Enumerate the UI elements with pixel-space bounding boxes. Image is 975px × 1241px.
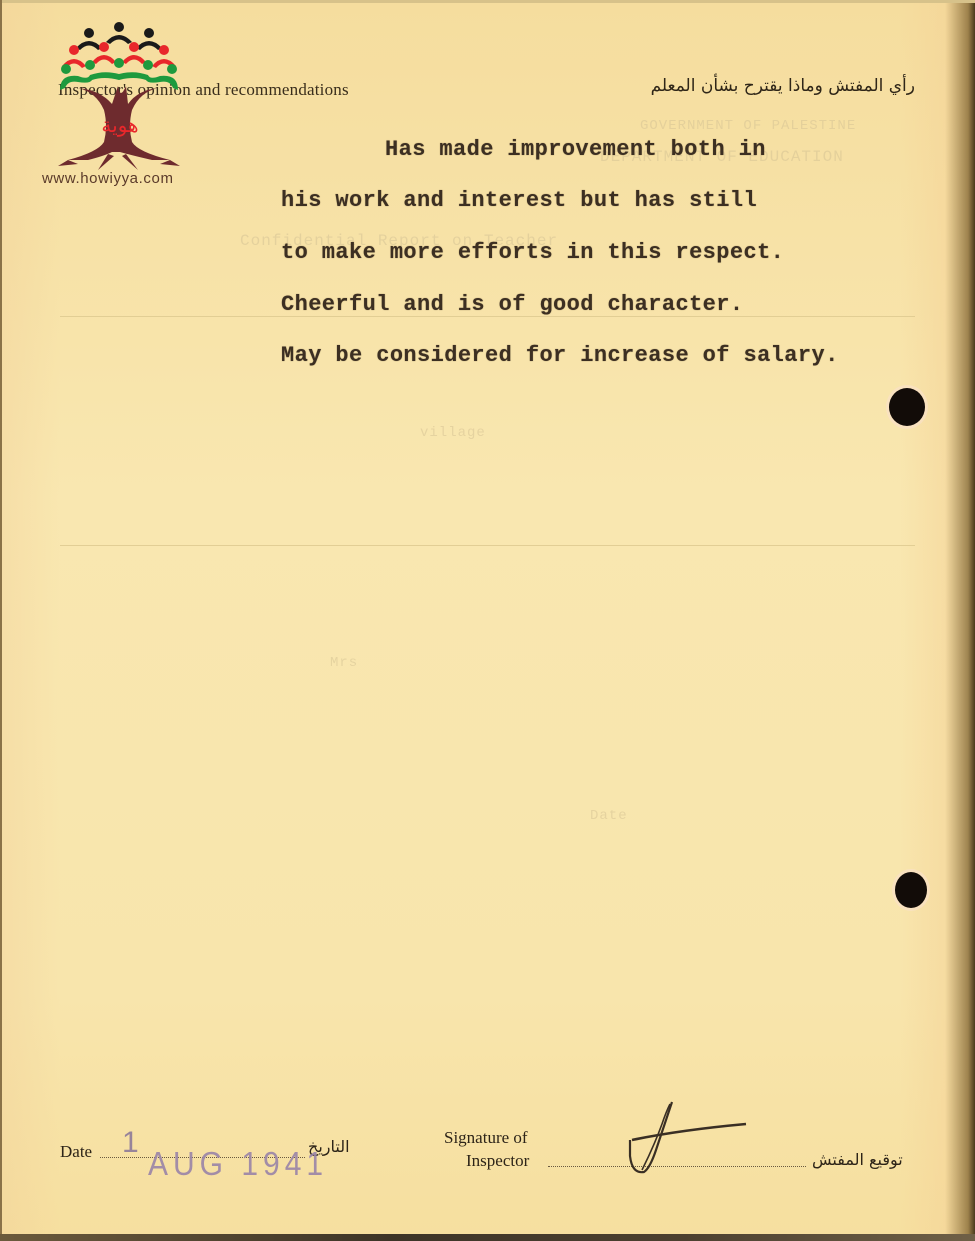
date-label-en: Date <box>60 1142 92 1162</box>
bleed-through-rule <box>60 545 915 546</box>
remark-line-2: his work and interest but has still <box>281 188 757 213</box>
signature-label-line1: Signature of <box>444 1128 528 1148</box>
remark-line-5: May be considered for increase of salary… <box>281 343 839 368</box>
remark-line-3: to make more efforts in this respect. <box>281 240 784 265</box>
page-top-edge <box>0 0 975 3</box>
section-label-ar: رأي المفتش وماذا يقترح بشأن المعلم <box>651 76 915 96</box>
bleed-through-text: GOVERNMENT OF PALESTINE <box>640 118 856 134</box>
logo-arabic-text: هوية <box>101 113 138 137</box>
bleed-through-text: Date <box>590 808 628 824</box>
remark-line-4: Cheerful and is of good character. <box>281 292 743 317</box>
signature-label-line2: Inspector <box>466 1151 529 1171</box>
bleed-through-text: village <box>420 425 486 441</box>
watermark-url: www.howiyya.com <box>42 170 174 187</box>
date-stamp: AUG 1941 <box>148 1146 328 1183</box>
punch-hole <box>889 388 925 426</box>
inspector-signature <box>620 1094 760 1184</box>
date-stamp-day: 1 <box>122 1126 139 1160</box>
page-bottom-edge <box>0 1234 975 1241</box>
signature-label-ar: توقيع المفتش <box>812 1150 903 1169</box>
bleed-through-text: Mrs <box>330 655 358 671</box>
punch-hole <box>895 872 927 908</box>
howiyya-tree-logo-icon: هوية <box>38 20 198 190</box>
remark-line-1: Has made improvement both in <box>385 137 766 162</box>
page-left-edge <box>0 0 2 1241</box>
